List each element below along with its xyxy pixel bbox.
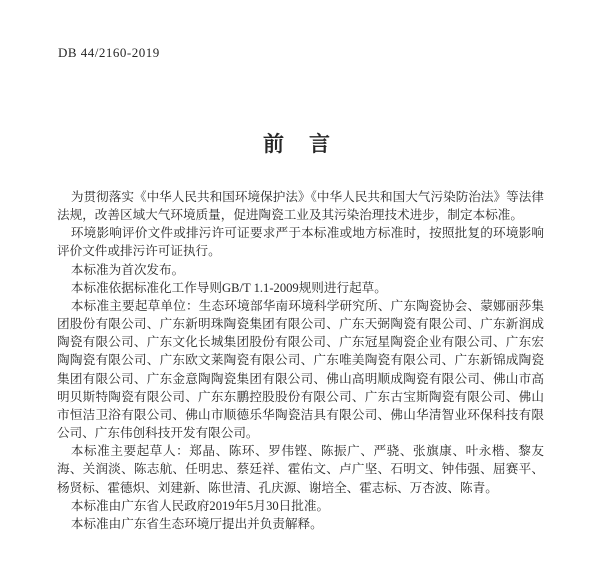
paragraph-drafting-rules: 本标准依据标准化工作导则GB/T 1.1-2009规则进行起草。 — [57, 279, 544, 297]
document-page: DB 44/2160-2019 前 言 为贯彻落实《中华人民共和国环境保护法》《… — [0, 0, 595, 568]
paragraph-first-issue: 本标准为首次发布。 — [57, 261, 544, 279]
paragraph-approval: 本标准由广东省人民政府2019年5月30日批准。 — [57, 497, 544, 515]
paragraph-drafting-units: 本标准主要起草单位：生态环境部华南环境科学研究所、广东陶瓷协会、蒙娜丽莎集团股份… — [57, 297, 544, 442]
paragraph-drafters: 本标准主要起草人：郑晶、陈环、罗伟铿、陈振广、严骁、张旗康、叶永楷、黎友海、关润… — [57, 442, 544, 496]
paragraph-eia-permit: 环境影响评价文件或排污许可证要求严于本标准或地方标准时，按照批复的环境影响评价文… — [57, 224, 544, 260]
paragraph-interpretation: 本标准由广东省生态环境厅提出并负责解释。 — [57, 515, 544, 533]
page-title: 前 言 — [0, 128, 595, 158]
foreword-body: 为贯彻落实《中华人民共和国环境保护法》《中华人民共和国大气污染防治法》等法律法规… — [57, 188, 544, 533]
standard-number: DB 44/2160-2019 — [58, 45, 160, 61]
paragraph-purpose: 为贯彻落实《中华人民共和国环境保护法》《中华人民共和国大气污染防治法》等法律法规… — [57, 188, 544, 224]
